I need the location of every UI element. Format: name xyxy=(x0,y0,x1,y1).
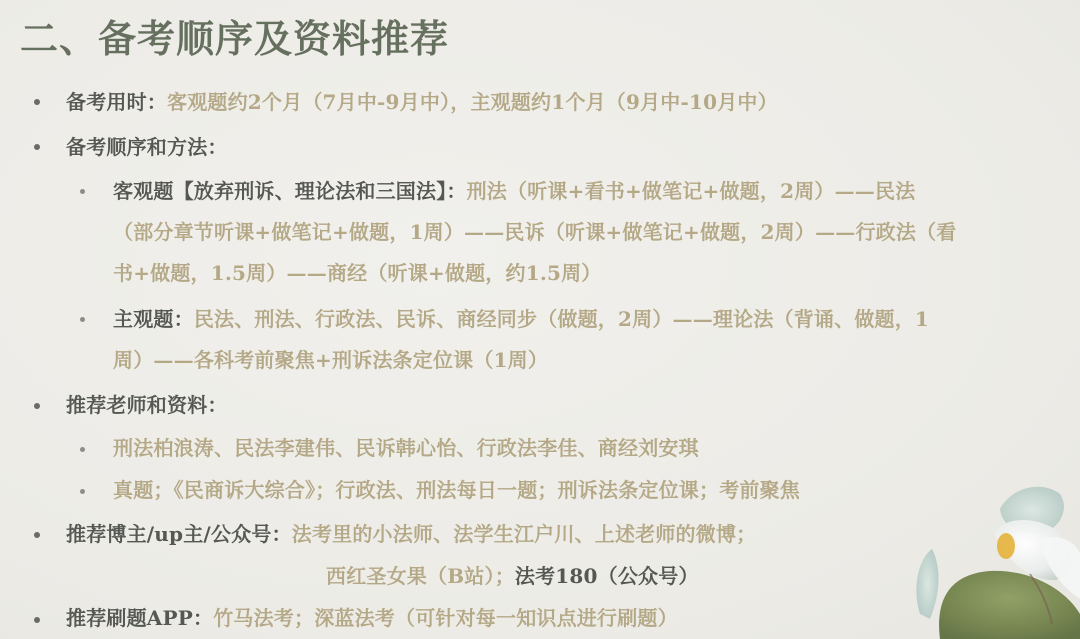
subitem-teachers: 刑法柏浪涛、民法李建伟、民诉韩心怡、行政法李佳、商经刘安琪 xyxy=(113,434,699,462)
subitem-content-line: 书+做题，1.5周）——商经（听课+做题，约1.5周） xyxy=(113,259,602,287)
subitem-objective: 客观题【放弃刑诉、理论法和三国法】：刑法（听课+看书+做笔记+做题，2周）——民… xyxy=(113,177,915,205)
slide: 二、备考顺序及资料推荐 备考用时：客观题约2个月（7月中-9月中），主观题约1个… xyxy=(0,0,1080,639)
item-content: 竹马法考；深蓝法考（可针对每一知识点进行刷题） xyxy=(213,606,678,630)
list-item-apps: 推荐刷题APP：竹马法考；深蓝法考（可针对每一知识点进行刷题） xyxy=(66,604,678,632)
bullet-icon xyxy=(80,189,85,194)
bullet-icon xyxy=(34,403,40,409)
item-label: 备考顺序和方法： xyxy=(66,135,228,159)
item-label: 推荐老师和资料： xyxy=(66,393,228,417)
list-item-bloggers: 推荐博主/up主/公众号：法考里的小法师、法学生江户川、上述老师的微博； xyxy=(66,520,756,548)
subitem-subjective: 主观题：民法、刑法、行政法、民诉、商经同步（做题，2周）——理论法（背诵、做题，… xyxy=(113,305,929,333)
item-label: 推荐刷题APP： xyxy=(66,606,213,630)
bullet-icon xyxy=(80,447,85,452)
subitem-label: 客观题【放弃刑诉、理论法和三国法】： xyxy=(113,179,467,203)
subitem-materials: 真题；《民商诉大综合》；行政法、刑法每日一题；刑诉法条定位课；考前聚焦 xyxy=(113,476,800,504)
bullet-icon xyxy=(34,532,40,538)
subitem-label: 主观题： xyxy=(113,307,194,331)
subitem-content-line: 民法、刑法、行政法、民诉、商经同步（做题，2周）——理论法（背诵、做题，1 xyxy=(194,307,929,331)
list-item-order-method: 备考顺序和方法： xyxy=(66,133,228,161)
bullet-icon xyxy=(34,144,40,150)
bullet-icon xyxy=(80,317,85,322)
bullet-icon xyxy=(80,489,85,494)
item-content: 西红圣女果（B站）； xyxy=(326,564,515,588)
item-label: 备考用时： xyxy=(66,90,167,114)
item-highlight: 法考180（公众号） xyxy=(515,564,699,588)
list-item-prep-time: 备考用时：客观题约2个月（7月中-9月中），主观题约1个月（9月中-10月中） xyxy=(66,88,778,116)
bullet-icon xyxy=(34,617,40,623)
subitem-content-line: 刑法（听课+看书+做笔记+做题，2周）——民法 xyxy=(467,179,916,203)
list-item-teachers-materials: 推荐老师和资料： xyxy=(66,391,228,419)
list-item-bloggers-continuation: 西红圣女果（B站）；法考180（公众号） xyxy=(326,562,699,590)
bullet-icon xyxy=(34,99,40,105)
subitem-content-line: 周）——各科考前聚焦+刑诉法条定位课（1周） xyxy=(113,346,548,374)
item-content: 客观题约2个月（7月中-9月中），主观题约1个月（9月中-10月中） xyxy=(167,90,778,114)
watercolor-flower-icon xyxy=(890,439,1080,639)
item-label: 推荐博主/up主/公众号： xyxy=(66,522,292,546)
page-title: 二、备考顺序及资料推荐 xyxy=(20,8,449,63)
item-content: 法考里的小法师、法学生江户川、上述老师的微博； xyxy=(292,522,757,546)
subitem-content-line: （部分章节听课+做笔记+做题，1周）——民诉（听课+做笔记+做题，2周）——行政… xyxy=(113,218,956,246)
